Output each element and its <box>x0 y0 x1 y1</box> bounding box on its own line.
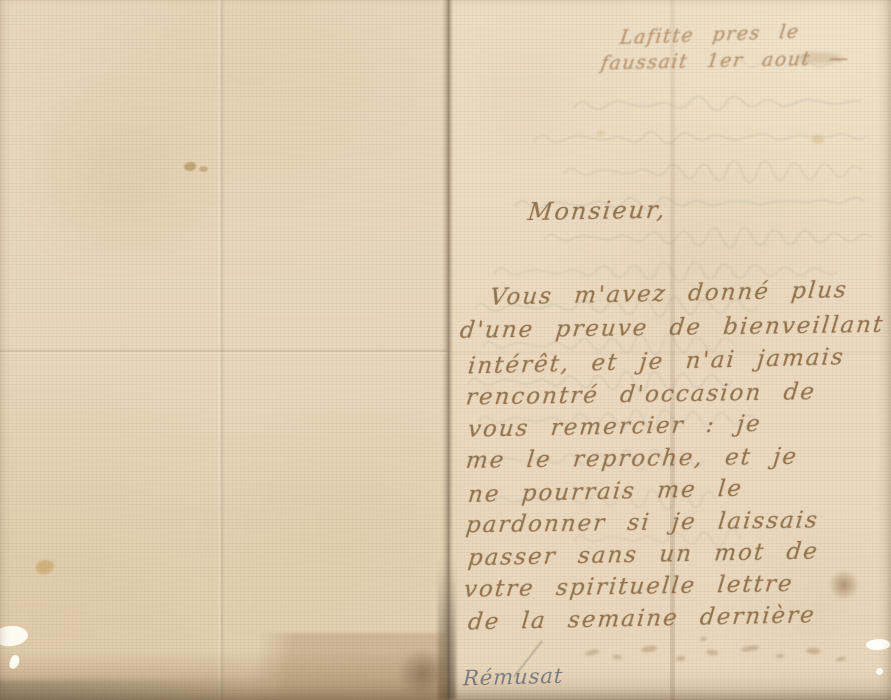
salutation-line: Monsieur, <box>527 196 669 226</box>
pencil-note: Rémusat <box>462 664 563 691</box>
left-page-blank <box>0 0 447 700</box>
letter-scan: Lafitte pres le faussait 1er aout — Mons… <box>0 0 891 700</box>
manuscript-line-4: rencontré d'occasion de <box>465 379 818 411</box>
manuscript-line-6: me le reproche, et je <box>465 444 800 474</box>
manuscript-line-8: pardonner si je laissais <box>465 508 821 539</box>
center-crease-dark-bottom <box>438 560 456 700</box>
